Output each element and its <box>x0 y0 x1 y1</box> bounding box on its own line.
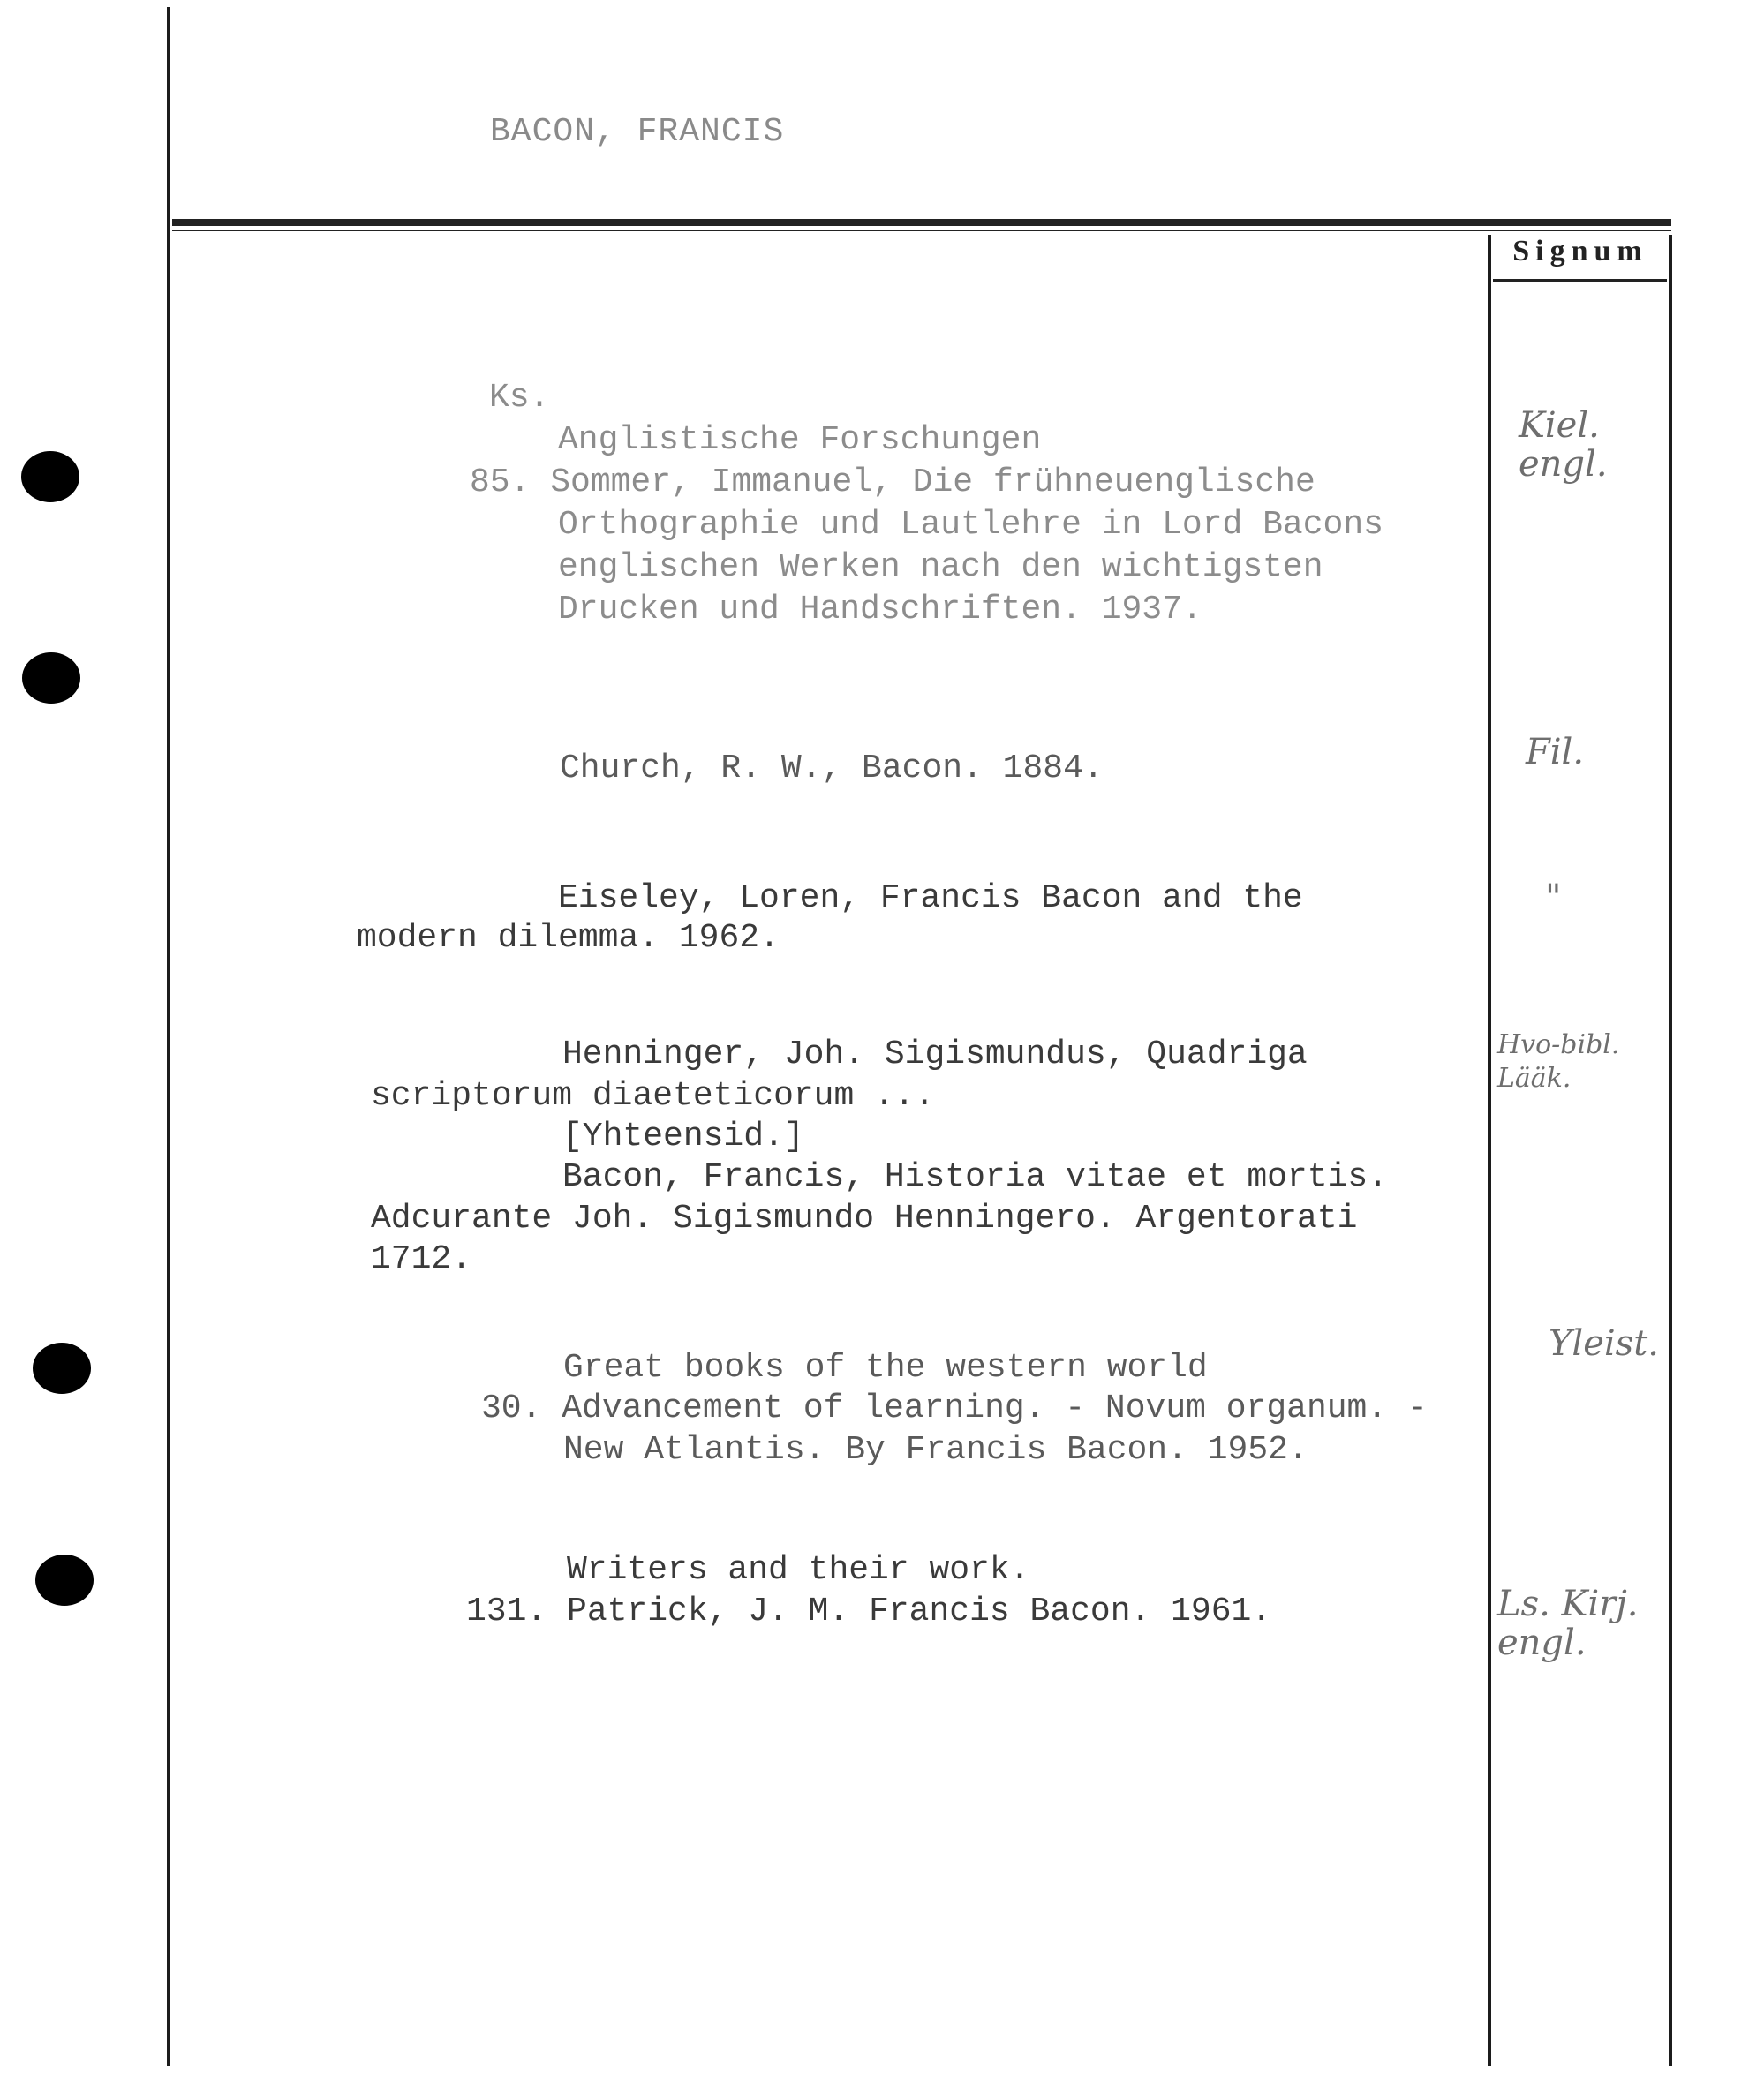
heading-thin-rule <box>172 230 1671 231</box>
signum-handwritten: Hvo-bibl. Lääk. <box>1497 1028 1619 1096</box>
entry-line: Adcurante Joh. Sigismundo Henningero. Ar… <box>371 1199 1357 1239</box>
entry-line: Anglistische Forschungen <box>558 420 1041 461</box>
card-heading: BACON, FRANCIS <box>490 113 784 151</box>
entry-line: New Atlantis. By Francis Bacon. 1952. <box>563 1430 1308 1471</box>
signum-handwritten: Fil. <box>1526 733 1584 772</box>
entry-line: 131. Patrick, J. M. Francis Bacon. 1961. <box>466 1592 1271 1632</box>
entry-line: Eiseley, Loren, Francis Bacon and the <box>558 878 1303 919</box>
entry-line: Bacon, Francis, Historia vitae et mortis… <box>562 1157 1388 1198</box>
signum-handwritten: Ls. Kirj. engl. <box>1497 1585 1638 1662</box>
heading-thick-rule <box>172 219 1671 226</box>
entry-line: Ks. <box>489 378 549 418</box>
signum-handwritten: " <box>1545 878 1561 917</box>
entry-line: Writers and their work. <box>567 1550 1030 1591</box>
entry-line: [Yhteensid.] <box>562 1117 804 1157</box>
entry-line: modern dilemma. 1962. <box>357 918 780 959</box>
signum-header: Signum <box>1489 235 1672 268</box>
entry-line: 30. Advancement of learning. - Novum org… <box>481 1389 1428 1429</box>
entry-line: Church, R. W., Bacon. 1884. <box>560 749 1104 789</box>
entry-line: Henninger, Joh. Sigismundus, Quadriga <box>562 1035 1308 1075</box>
entry-line: scriptorum diaeteticorum ... <box>371 1076 935 1117</box>
punch-hole <box>22 652 80 704</box>
signum-handwritten: Yleist. <box>1549 1324 1659 1363</box>
punch-hole <box>33 1343 91 1394</box>
entry-line: 1712. <box>371 1239 471 1280</box>
signum-header-rule <box>1493 279 1667 282</box>
punch-hole <box>21 451 79 502</box>
entry-line: englischen Werken nach den wichtigsten <box>558 547 1323 588</box>
catalog-card: BACON, FRANCIS Signum Ks. Anglistische F… <box>0 0 1764 2086</box>
signum-column-right-line <box>1669 235 1672 2066</box>
entry-line: Drucken und Handschriften. 1937. <box>558 590 1202 630</box>
entry-line: Orthographie und Lautlehre in Lord Bacon… <box>558 505 1383 546</box>
signum-handwritten: Kiel. engl. <box>1519 406 1608 484</box>
signum-column-left-line <box>1488 235 1491 2066</box>
left-margin-line <box>167 7 170 2066</box>
punch-hole <box>35 1555 94 1606</box>
entry-line: 85. Sommer, Immanuel, Die frühneuenglisc… <box>470 463 1315 503</box>
entry-line: Great books of the western world <box>563 1348 1208 1389</box>
